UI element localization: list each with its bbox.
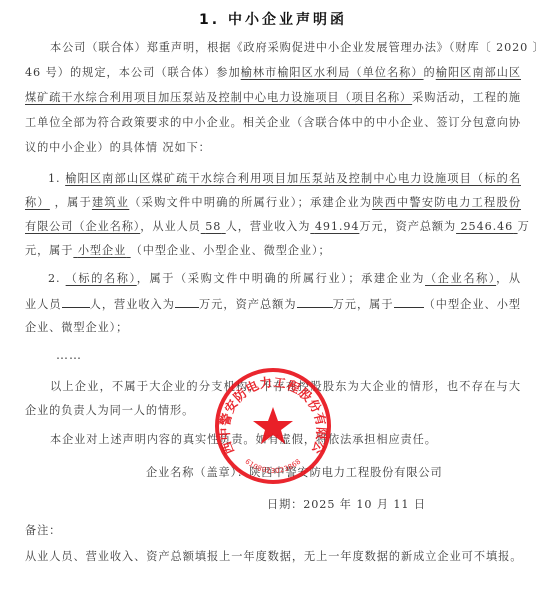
company-name: 有限公司（企业名称）	[25, 220, 140, 233]
intro-text: 的	[424, 66, 436, 79]
para-responsibility: 本企业对上述声明内容的真实性负责。如有虚假，将依法承担相应责任。	[50, 431, 546, 449]
label: 万元，属于	[333, 298, 394, 311]
intro-line-5: 议的中小企业）的具体情 况如下：	[25, 139, 521, 157]
company-name-placeholder: （企业名称）	[425, 272, 496, 285]
item1-line-2: 称） ，属于建筑业（采购文件中明确的所属行业）；承建企业为陕西中警安防电力工程股…	[25, 194, 521, 212]
revenue-blank	[175, 295, 199, 308]
notes-text: 从业人员、营业收入、资产总额填报上一年度数据，无上一年度数据的新成立企业可不填报…	[25, 548, 522, 566]
item2-line-2: 业人员人，营业收入为万元，资产总额为万元，属于（中型企业、小型	[25, 295, 521, 313]
label: ，属于	[55, 196, 92, 209]
size-value: 小型企业	[73, 244, 130, 257]
industry: 建筑业	[92, 196, 129, 209]
signature-company: 企业名称（盖章）：陕西中警安防电力工程股份有限公司	[146, 464, 446, 482]
item-number: 2.	[48, 272, 60, 285]
assets: 2546.46	[461, 220, 514, 233]
item2-line-3: 企业、微型企业）；	[25, 319, 521, 337]
label: ，从业人员	[140, 220, 200, 233]
notes-label-text: 备注：	[25, 524, 61, 537]
intro-line-3: 煤矿疏干水综合利用项目加压泵站及控制中心电力设施项目（项目名称）采购活动，工程的…	[25, 89, 521, 107]
notes-label: 备注：	[25, 522, 521, 540]
paragraph-text: 本企业对上述声明内容的真实性负责。如有虚假，将依法承担相应责任。	[50, 433, 437, 446]
intro-text: 工单位全部为符合政策要求的中小企业。相关企业（含联合体中的中小企业、签订分包意向…	[25, 116, 521, 129]
paragraph-text: 企业的负责人为同一人的情形。	[25, 404, 194, 417]
revenue: 491.94	[315, 220, 360, 233]
intro-line-4: 工单位全部为符合政策要求的中小企业。相关企业（含联合体中的中小企业、签订分包意向…	[25, 114, 521, 132]
revenue-value: 491.94	[310, 220, 359, 233]
date-text: 日期：2025 年 10 月 11 日	[267, 498, 426, 511]
item2-line-1: 2. （标的名称），属于（采购文件中明确的所属行业）；承建企业为（企业名称），从	[48, 270, 521, 288]
label: （采购文件中明确的所属行业）；承建企业为	[129, 196, 372, 209]
assets-blank	[297, 295, 333, 308]
label: 人，营业收入为	[226, 220, 311, 233]
employees-value: 58	[201, 220, 226, 233]
label: 万元，资产总额为	[199, 298, 297, 311]
page-title: 1. 中小企业声明函	[0, 9, 546, 29]
label: （中型企业、小型	[424, 298, 521, 311]
label: ，从	[496, 272, 521, 285]
ellipsis: ……	[56, 348, 82, 362]
project-name: 榆阳区南部山区	[436, 66, 521, 79]
intro-text: 采购活动，工程的施	[412, 91, 521, 104]
assets-value: 2546.46	[456, 220, 518, 233]
company-name: 陕西中警安防电力工程股份	[372, 196, 521, 209]
project-name: 煤矿疏干水综合利用项目加压泵站及控制中心电力设施项目（项目名称）	[25, 91, 412, 104]
label: 业人员	[25, 298, 62, 311]
employees-blank	[62, 295, 90, 308]
item1-line-1: 1. 榆阳区南部山区煤矿疏干水综合利用项目加压泵站及控制中心电力设施项目（标的名	[48, 170, 521, 188]
target-name: 榆阳区南部山区煤矿疏干水综合利用项目加压泵站及控制中心电力设施项目（标的名	[65, 172, 521, 185]
item1-line-3: 有限公司（企业名称），从业人员 58 人，营业收入为 491.94万元，资产总额…	[25, 218, 521, 236]
label: 元，属于	[25, 244, 73, 257]
para-not-large-line-1: 以上企业，不属于大企业的分支机构，不存在控股股东为大企业的情形，也不存在与大	[50, 378, 521, 396]
intro-text: 议的中小企业）的具体情 况如下：	[25, 141, 211, 154]
intro-text: 本公司（联合体）郑重声明，根据《政府采购促进中小企业发展管理办法》（财库〔 20…	[50, 41, 545, 54]
notes-body: 从业人员、营业收入、资产总额填报上一年度数据，无上一年度数据的新成立企业可不填报…	[25, 550, 522, 563]
target-name-placeholder: （标的名称）	[66, 272, 137, 285]
label: 万元，资产总额为	[359, 220, 456, 233]
item-number: 1.	[48, 172, 60, 185]
target-name: 称）	[25, 196, 50, 209]
label: 企业、微型企业）；	[25, 321, 128, 334]
label: 万	[518, 220, 530, 233]
label: ，属于（采购文件中明确的所属行业）；承建企业为	[137, 272, 425, 285]
label: 人，营业收入为	[90, 298, 175, 311]
intro-line-1: 本公司（联合体）郑重声明，根据《政府采购促进中小企业发展管理办法》（财库〔 20…	[50, 39, 521, 57]
employees: 58	[205, 220, 221, 233]
purchasing-unit: 榆林市榆阳区水利局（单位名称）	[241, 66, 424, 79]
enterprise-size: 小型企业	[78, 244, 126, 257]
signature-company-text: 企业名称（盖章）：陕西中警安防电力工程股份有限公司	[146, 466, 443, 479]
item1-line-4: 元，属于 小型企业 （中型企业、小型企业、微型企业）；	[25, 242, 521, 260]
para-not-large-line-2: 企业的负责人为同一人的情形。	[25, 402, 521, 420]
intro-line-2: 46 号）的规定，本公司（联合体）参加榆林市榆阳区水利局（单位名称）的榆阳区南部…	[25, 64, 521, 82]
size-blank	[394, 295, 424, 308]
intro-text: 46 号）的规定，本公司（联合体）参加	[25, 66, 241, 79]
signature-date: 日期：2025 年 10 月 11 日	[267, 496, 467, 514]
paragraph-text: 以上企业，不属于大企业的分支机构，不存在控股股东为大企业的情形，也不存在与大	[50, 380, 521, 393]
label: （中型企业、小型企业、微型企业）；	[131, 244, 331, 257]
